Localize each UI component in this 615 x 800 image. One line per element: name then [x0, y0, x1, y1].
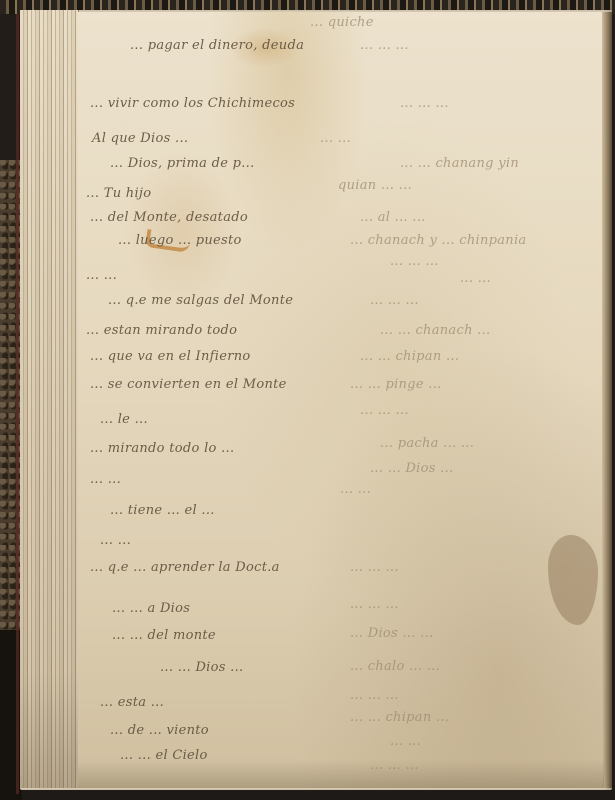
manuscript-line: ... ... chipan ... — [350, 710, 449, 725]
manuscript-line: ... Dios ... ... — [350, 626, 433, 641]
manuscript-line: ... ... — [320, 131, 351, 146]
manuscript-line: ... mirando todo lo ... — [90, 441, 234, 456]
manuscript-line: ... ... pinge ... — [350, 377, 442, 392]
manuscript-line: ... Dios, prima de p... — [110, 156, 255, 171]
manuscript-line: ... pagar el dinero, deuda — [130, 38, 304, 53]
manuscript-line: ... ... ... — [360, 38, 409, 53]
manuscript-line: ... ... chanach ... — [380, 323, 490, 338]
manuscript-line: ... q.e ... aprender la Doct.a — [90, 560, 280, 575]
manuscript-line: ... pacha ... ... — [380, 436, 474, 451]
manuscript-line: ... chanach y ... chinpania — [350, 233, 526, 248]
manuscript-line: ... ... ... — [350, 688, 399, 703]
page-bottom-shading — [78, 760, 604, 788]
manuscript-line: ... ... ... — [370, 758, 419, 773]
manuscript-line: ... Tu hijo — [86, 186, 151, 201]
manuscript-line: ... ... ... — [360, 403, 409, 418]
manuscript-line: ... ... — [390, 734, 421, 749]
manuscript-line: ... ... el Cielo — [120, 748, 208, 763]
manuscript-line: ... que va en el Infierno — [90, 349, 251, 364]
manuscript-line: ... ... del monte — [112, 628, 216, 643]
manuscript-line: ... vivir como los Chichimecos — [90, 96, 295, 111]
manuscript-line: ... ... ... — [350, 560, 399, 575]
manuscript-line: ... ... — [340, 482, 371, 497]
page-face — [78, 12, 604, 788]
manuscript-line: ... al ... ... — [360, 210, 426, 225]
manuscript-line: ... esta ... — [100, 695, 164, 710]
manuscript-line: ... ... Dios ... — [160, 660, 243, 675]
manuscript-line: ... luego ... puesto — [118, 233, 242, 248]
manuscript-line: ... ... — [86, 268, 117, 283]
manuscript-line: ... ... chipan ... — [360, 349, 459, 364]
manuscript-line: ... del Monte, desatado — [90, 210, 248, 225]
manuscript-line: ... ... ... — [390, 254, 439, 269]
manuscript-line: ... se convierten en el Monte — [90, 377, 287, 392]
manuscript-line: ... ... — [460, 271, 491, 286]
manuscript-line: quian ... ... — [338, 178, 412, 193]
manuscript-line: ... ... ... — [350, 597, 399, 612]
cover-edge — [16, 14, 19, 794]
manuscript-line: ... le ... — [100, 412, 148, 427]
manuscript-line: ... ... — [100, 533, 131, 548]
manuscript-line: ... tiene ... el ... — [110, 503, 215, 518]
manuscript-line: ... ... ... — [370, 293, 419, 308]
page-right-edge — [602, 12, 612, 788]
manuscript-line: ... ... a Dios — [112, 601, 190, 616]
page-stack-shading — [20, 10, 78, 788]
manuscript-line: ... ... chanang yin — [400, 156, 519, 171]
manuscript-line: ... estan mirando todo — [86, 323, 237, 338]
manuscript-line: ... ... ... — [400, 96, 449, 111]
manuscript-line: Al que Dios ... — [92, 131, 188, 146]
manuscript-line: ... quiche — [310, 15, 374, 30]
manuscript-line: ... q.e me salgas del Monte — [108, 293, 293, 308]
manuscript-line: ... chalo ... ... — [350, 659, 440, 674]
manuscript-line: ... ... Dios ... — [370, 461, 453, 476]
manuscript-line: ... de ... viento — [110, 723, 209, 738]
manuscript-line: ... ... — [90, 472, 121, 487]
